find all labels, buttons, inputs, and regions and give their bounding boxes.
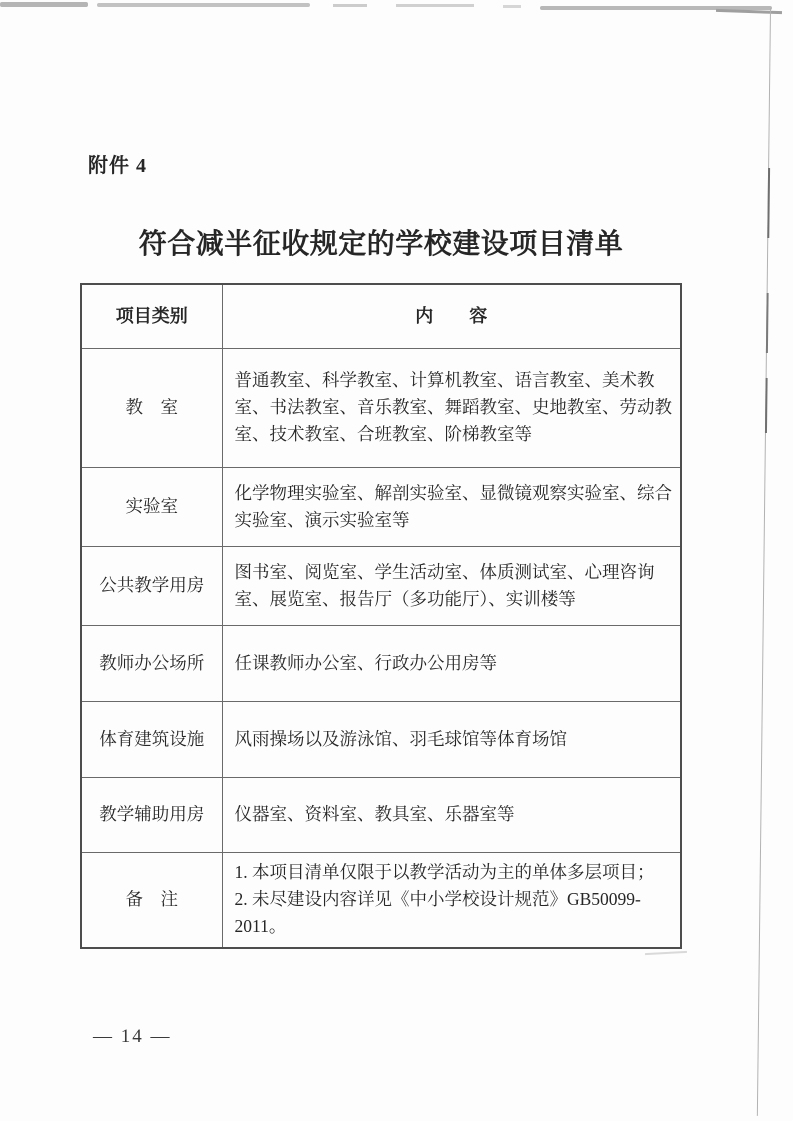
- table-header-row: 项目类别 内 容: [81, 284, 681, 348]
- scan-artifact-edge-dash: [767, 168, 770, 238]
- category-cell: 教师办公场所: [81, 625, 222, 701]
- header-category: 项目类别: [81, 284, 222, 348]
- scan-artifact-top-streak: [503, 5, 521, 8]
- header-content: 内 容: [222, 284, 681, 348]
- content-cell: 化学物理实验室、解剖实验室、显微镜观察实验室、综合实验室、演示实验室等: [222, 467, 681, 546]
- table-row-auxiliary-rooms: 教学辅助用房 仪器室、资料室、教具室、乐器室等: [81, 777, 681, 852]
- category-cell: 教学辅助用房: [81, 777, 222, 852]
- scan-artifact-top-streak: [333, 4, 367, 7]
- scanned-page: 附件 4 符合减半征收规定的学校建设项目清单 项目类别 内 容 教 室 普通教室…: [0, 0, 793, 1121]
- table-row-classrooms: 教 室 普通教室、科学教室、计算机教室、语言教室、美术教室、书法教室、音乐教室、…: [81, 348, 681, 467]
- table-row-teacher-offices: 教师办公场所 任课教师办公室、行政办公用房等: [81, 625, 681, 701]
- project-category-table: 项目类别 内 容 教 室 普通教室、科学教室、计算机教室、语言教室、美术教室、书…: [80, 283, 682, 949]
- scan-artifact-top-streak: [716, 9, 782, 14]
- scan-artifact-corner-mark: [645, 951, 687, 955]
- category-cell: 备 注: [81, 852, 222, 948]
- table-row-laboratories: 实验室 化学物理实验室、解剖实验室、显微镜观察实验室、综合实验室、演示实验室等: [81, 467, 681, 546]
- category-cell: 公共教学用房: [81, 546, 222, 625]
- note-line-1: 1. 本项目清单仅限于以教学活动为主的单体多层项目；: [235, 859, 673, 886]
- scan-artifact-top-streak: [0, 2, 88, 7]
- content-cell: 任课教师办公室、行政办公用房等: [222, 625, 681, 701]
- category-cell: 教 室: [81, 348, 222, 467]
- scan-artifact-page-edge-line: [756, 8, 771, 1116]
- document-title: 符合减半征收规定的学校建设项目清单: [80, 222, 682, 262]
- scan-artifact-top-streak: [540, 6, 772, 10]
- attachment-label: 附件 4: [88, 149, 147, 178]
- scan-artifact-top-streak: [97, 3, 310, 7]
- content-cell: 1. 本项目清单仅限于以教学活动为主的单体多层项目； 2. 未尽建设内容详见《中…: [222, 852, 681, 948]
- category-cell: 体育建筑设施: [81, 701, 222, 777]
- table-row-public-teaching-rooms: 公共教学用房 图书室、阅览室、学生活动室、体质测试室、心理咨询室、展览室、报告厅…: [81, 546, 681, 625]
- scan-artifact-edge-dash: [765, 293, 768, 353]
- page-number: — 14 —: [93, 1026, 172, 1048]
- content-cell: 图书室、阅览室、学生活动室、体质测试室、心理咨询室、展览室、报告厅（多功能厅）、…: [222, 546, 681, 625]
- content-cell: 普通教室、科学教室、计算机教室、语言教室、美术教室、书法教室、音乐教室、舞蹈教室…: [222, 348, 681, 467]
- scan-artifact-edge-base: [756, 8, 771, 1116]
- note-line-2: 2. 未尽建设内容详见《中小学校设计规范》GB50099-2011。: [235, 886, 673, 940]
- content-cell: 仪器室、资料室、教具室、乐器室等: [222, 777, 681, 852]
- scan-artifact-top-streak: [396, 4, 474, 7]
- content-cell: 风雨操场以及游泳馆、羽毛球馆等体育场馆: [222, 701, 681, 777]
- table-row-sports-facilities: 体育建筑设施 风雨操场以及游泳馆、羽毛球馆等体育场馆: [81, 701, 681, 777]
- scan-artifact-edge-dash: [764, 378, 767, 433]
- category-cell: 实验室: [81, 467, 222, 546]
- table-row-remarks: 备 注 1. 本项目清单仅限于以教学活动为主的单体多层项目； 2. 未尽建设内容…: [81, 852, 681, 948]
